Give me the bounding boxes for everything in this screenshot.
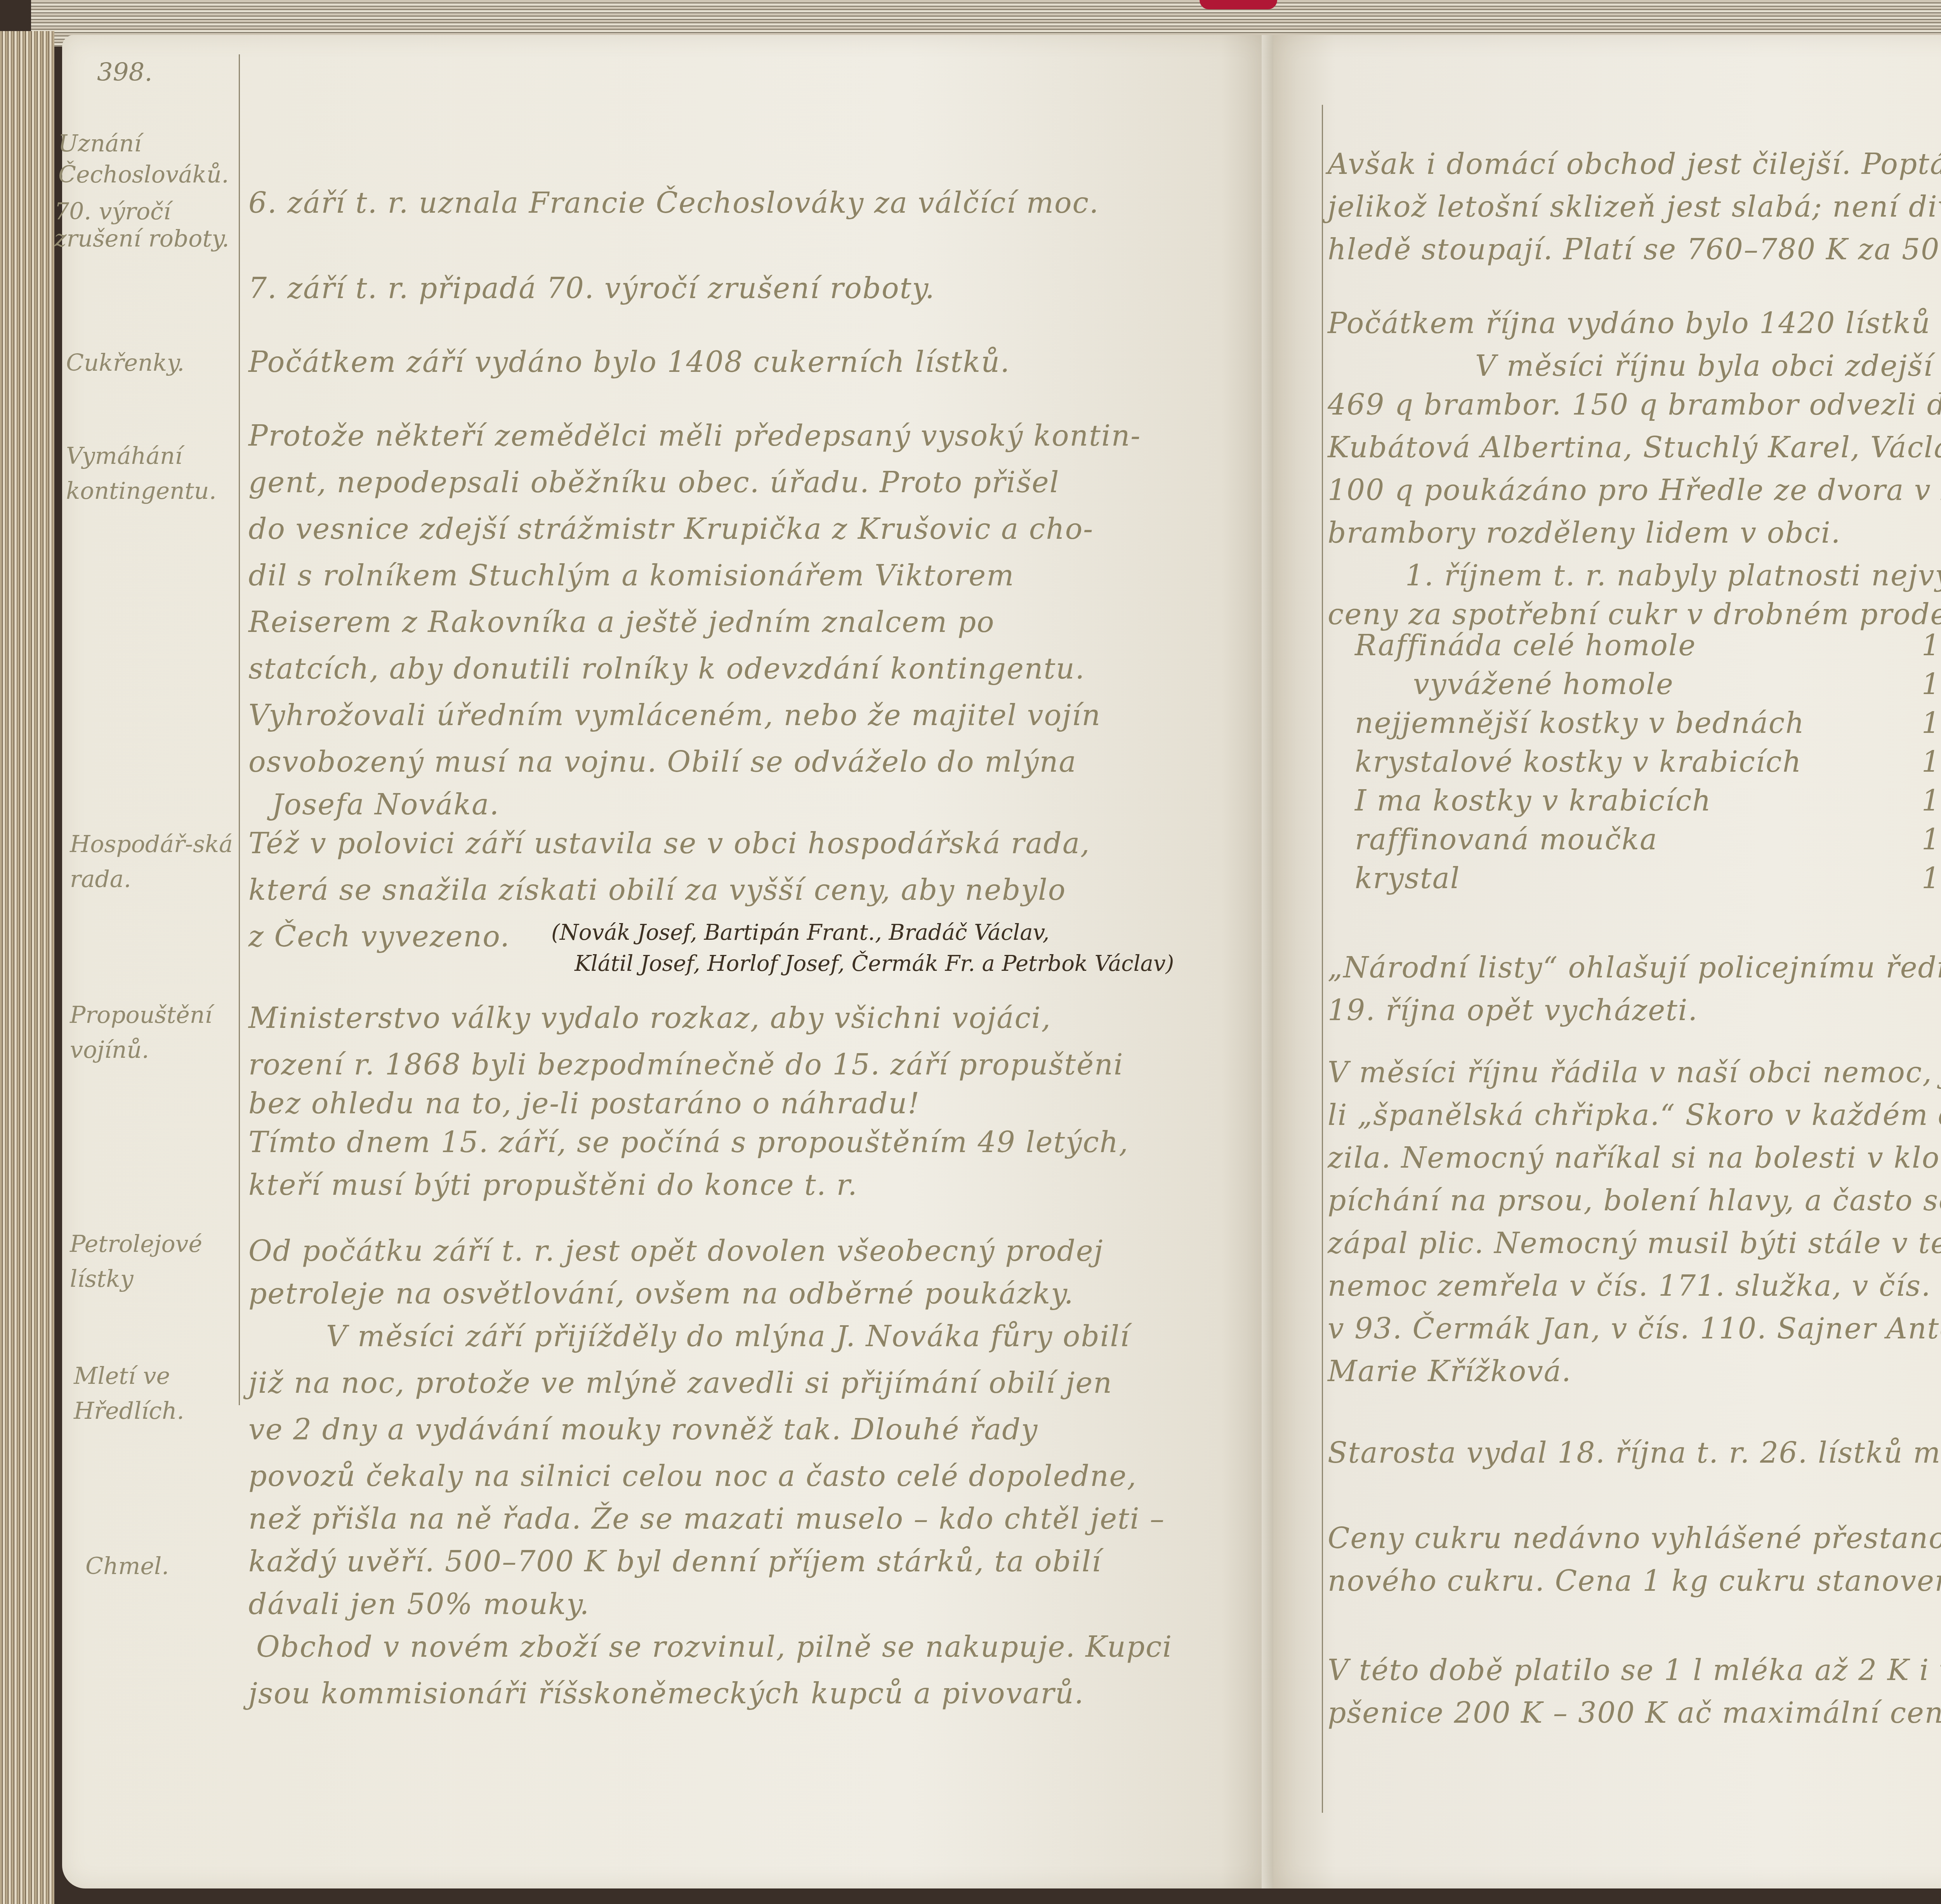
entry-line: která se snažila získati obilí za vyšší …	[248, 873, 1066, 907]
entry-line: bez ohledu na to, je-li postaráno o náhr…	[248, 1087, 920, 1120]
entry-line: 469 q brambor. 150 q brambor odvezli do …	[1328, 388, 1941, 422]
entry-line: „Národní listy“ ohlašují policejnímu řed…	[1328, 951, 1941, 984]
entry-line: ve 2 dny a vydávání mouky rovněž tak. Dl…	[248, 1413, 1038, 1446]
left-margin-rule	[239, 54, 240, 1405]
entry-line: Ceny cukru nedávno vyhlášené přestanou p…	[1328, 1522, 1941, 1555]
entry-line: hledě stoupají. Platí se 760–780 K za 50…	[1328, 233, 1941, 266]
entry-line: Starosta vydal 18. října t. r. 26. lístk…	[1328, 1436, 1941, 1470]
entry-line: již na noc, protože ve mlýně zavedli si …	[248, 1366, 1113, 1400]
entry-line: zápal plic. Nemocný musil býti stále v t…	[1328, 1227, 1941, 1260]
margin-note: Cukřenky.	[66, 349, 184, 377]
entry-line: nemoc zemřela v čís. 171. služka, v čís.…	[1328, 1269, 1941, 1303]
entry-line: Tímto dnem 15. září, se počíná s propouš…	[248, 1126, 1129, 1159]
margin-note: 70. výročí zrušení roboty.	[54, 198, 233, 252]
entry-line: 7. září t. r. připadá 70. výročí zrušení…	[248, 272, 935, 305]
entry-line: do vesnice zdejší strážmistr Krupička z …	[248, 512, 1094, 546]
margin-note: Petrolejové lístky	[70, 1227, 225, 1297]
entry-line: Též v polovici září ustavila se v obci h…	[248, 827, 1090, 860]
page-number-left: 398.	[97, 58, 153, 87]
price-item: I ma kostky v krabicích	[1355, 784, 1712, 817]
open-book-spread: 5. 10 15 398. 399. Uznání Čechoslováků. …	[0, 0, 1941, 1904]
price-value: 1.47 K	[1922, 629, 1941, 662]
entry-line: rození r. 1868 byli bezpodmínečně do 15.…	[248, 1048, 1123, 1081]
entry-line: V této době platilo se 1 l mléka až 2 K …	[1328, 1654, 1941, 1687]
entry-line: dil s rolníkem Stuchlým a komisionářem V…	[248, 559, 1014, 592]
entry-line: zila. Nemocný naříkal si na bolesti v kl…	[1328, 1141, 1941, 1175]
entry-line: jsou kommisionáři říšskoněmeckých kupců …	[248, 1677, 1084, 1710]
entry-line: statcích, aby donutili rolníky k odevzdá…	[248, 652, 1085, 686]
entry-line: Marie Křížková.	[1328, 1355, 1571, 1388]
entry-line: každý uvěří. 500–700 K byl denní příjem …	[248, 1545, 1102, 1578]
price-value: 1.61 K	[1922, 706, 1941, 740]
price-item: raffinovaná moučka	[1355, 823, 1658, 856]
entry-line: V měsíci říjnu byla obci zdejší předepsá…	[1475, 349, 1941, 383]
entry-line: píchání na prsou, bolení hlavy, a často …	[1328, 1184, 1941, 1217]
entry-line: pšenice 200 K – 300 K ač maximální cena …	[1328, 1696, 1941, 1730]
entry-line: li „španělská chřipka.“ Skoro v každém d…	[1328, 1099, 1941, 1132]
margin-note: Propouštění vojínů.	[70, 998, 233, 1067]
entry-line: Počátkem října vydáno bylo 1420 lístků n…	[1328, 307, 1941, 340]
entry-line: nového cukru. Cena 1 kg cukru stanovena …	[1328, 1564, 1941, 1598]
entry-line: Kubátová Albertina, Stuchlý Karel, Václa…	[1328, 431, 1941, 464]
price-value: 1.58 K	[1922, 862, 1941, 895]
margin-note: Hospodář-ská rada.	[70, 827, 233, 897]
price-item: Raffináda celé homole	[1355, 629, 1696, 662]
price-item: krystalové kostky v krabicích	[1355, 745, 1802, 779]
margin-note: Vymáhání kontingentu.	[66, 439, 237, 509]
entry-line: 100 q poukázáno pro Hředle ze dvora v Kr…	[1328, 474, 1941, 507]
margin-note: Chmel.	[85, 1553, 169, 1580]
entry-line: povozů čekaly na silnici celou noc a čas…	[248, 1460, 1137, 1493]
entry-line: ceny za spotřební cukr v drobném prodeji…	[1328, 598, 1941, 631]
page-stack-left-edge	[0, 31, 54, 1904]
entry-line: z Čech vyvezeno.	[248, 920, 510, 953]
price-item: nejjemnější kostky v bednách	[1355, 706, 1805, 740]
entry-line: petroleje na osvětlování, ovšem na odběr…	[248, 1277, 1074, 1310]
entry-line: Avšak i domácí obchod jest čilejší. Popt…	[1328, 148, 1941, 181]
margin-note: Uznání Čechoslováků.	[58, 128, 237, 190]
price-item: vyvážené homole	[1413, 668, 1674, 701]
price-value: 1.59 K	[1922, 823, 1941, 856]
entry-line: Obchod v novém zboží se rozvinul, pilně …	[256, 1630, 1172, 1664]
council-members-note: (Novák Josef, Bartipán Frant., Bradáč Vá…	[551, 920, 1049, 945]
price-value: 1.57 K	[1922, 745, 1941, 779]
entry-line: než přišla na ně řada. Že se mazati muse…	[248, 1502, 1165, 1536]
entry-line: jelikož letošní sklizeň jest slabá; není…	[1328, 190, 1941, 224]
entry-line: Od počátku září t. r. jest opět dovolen …	[248, 1234, 1104, 1268]
entry-line: brambory rozděleny lidem v obci.	[1328, 516, 1841, 550]
entry-line: v 93. Čermák Jan, v čís. 110. Sajner Ant…	[1328, 1312, 1941, 1345]
right-text-rule	[1322, 105, 1323, 1813]
entry-line: gent, nepodepsali oběžníku obec. úřadu. …	[248, 466, 1059, 499]
entry-line: Vyhrožovali úředním vymláceném, nebo že …	[248, 699, 1101, 732]
entry-line: Protože někteří zemědělci měli předepsan…	[248, 419, 1141, 453]
entry-line: 6. září t. r. uznala Francie Čechoslovák…	[248, 186, 1099, 220]
entry-line: Ministerstvo války vydalo rozkaz, aby vš…	[248, 1001, 1051, 1035]
bookmark-ribbon	[1200, 0, 1277, 9]
entry-line: kteří musí býti propuštěni do konce t. r…	[248, 1168, 858, 1202]
price-value: 1.56 K	[1922, 784, 1941, 817]
entry-line: Josefa Nováka.	[272, 788, 500, 821]
entry-line: V měsíci září přijížděly do mlýna J. Nov…	[326, 1320, 1130, 1353]
entry-line: osvobozený musí na vojnu. Obilí se odváž…	[248, 745, 1077, 779]
entry-line: V měsíci říjnu řádila v naší obci nemoc,…	[1328, 1056, 1941, 1089]
price-value: 1.52 K	[1922, 668, 1941, 701]
entry-line: dávali jen 50% mouky.	[248, 1588, 590, 1621]
price-item: krystal	[1355, 862, 1460, 895]
entry-line: 1. říjnem t. r. nabyly platnosti nejvyšš…	[1405, 559, 1941, 592]
council-members-note: Klátil Josef, Horlof Josef, Čermák Fr. a…	[575, 951, 1174, 976]
entry-line: 19. října opět vycházeti.	[1328, 994, 1698, 1027]
entry-line: Reiserem z Rakovníka a ještě jedním znal…	[248, 606, 995, 639]
entry-line: Počátkem září vydáno bylo 1408 cukerních…	[248, 345, 1010, 379]
margin-note: Mletí ve Hředlích.	[74, 1359, 229, 1428]
